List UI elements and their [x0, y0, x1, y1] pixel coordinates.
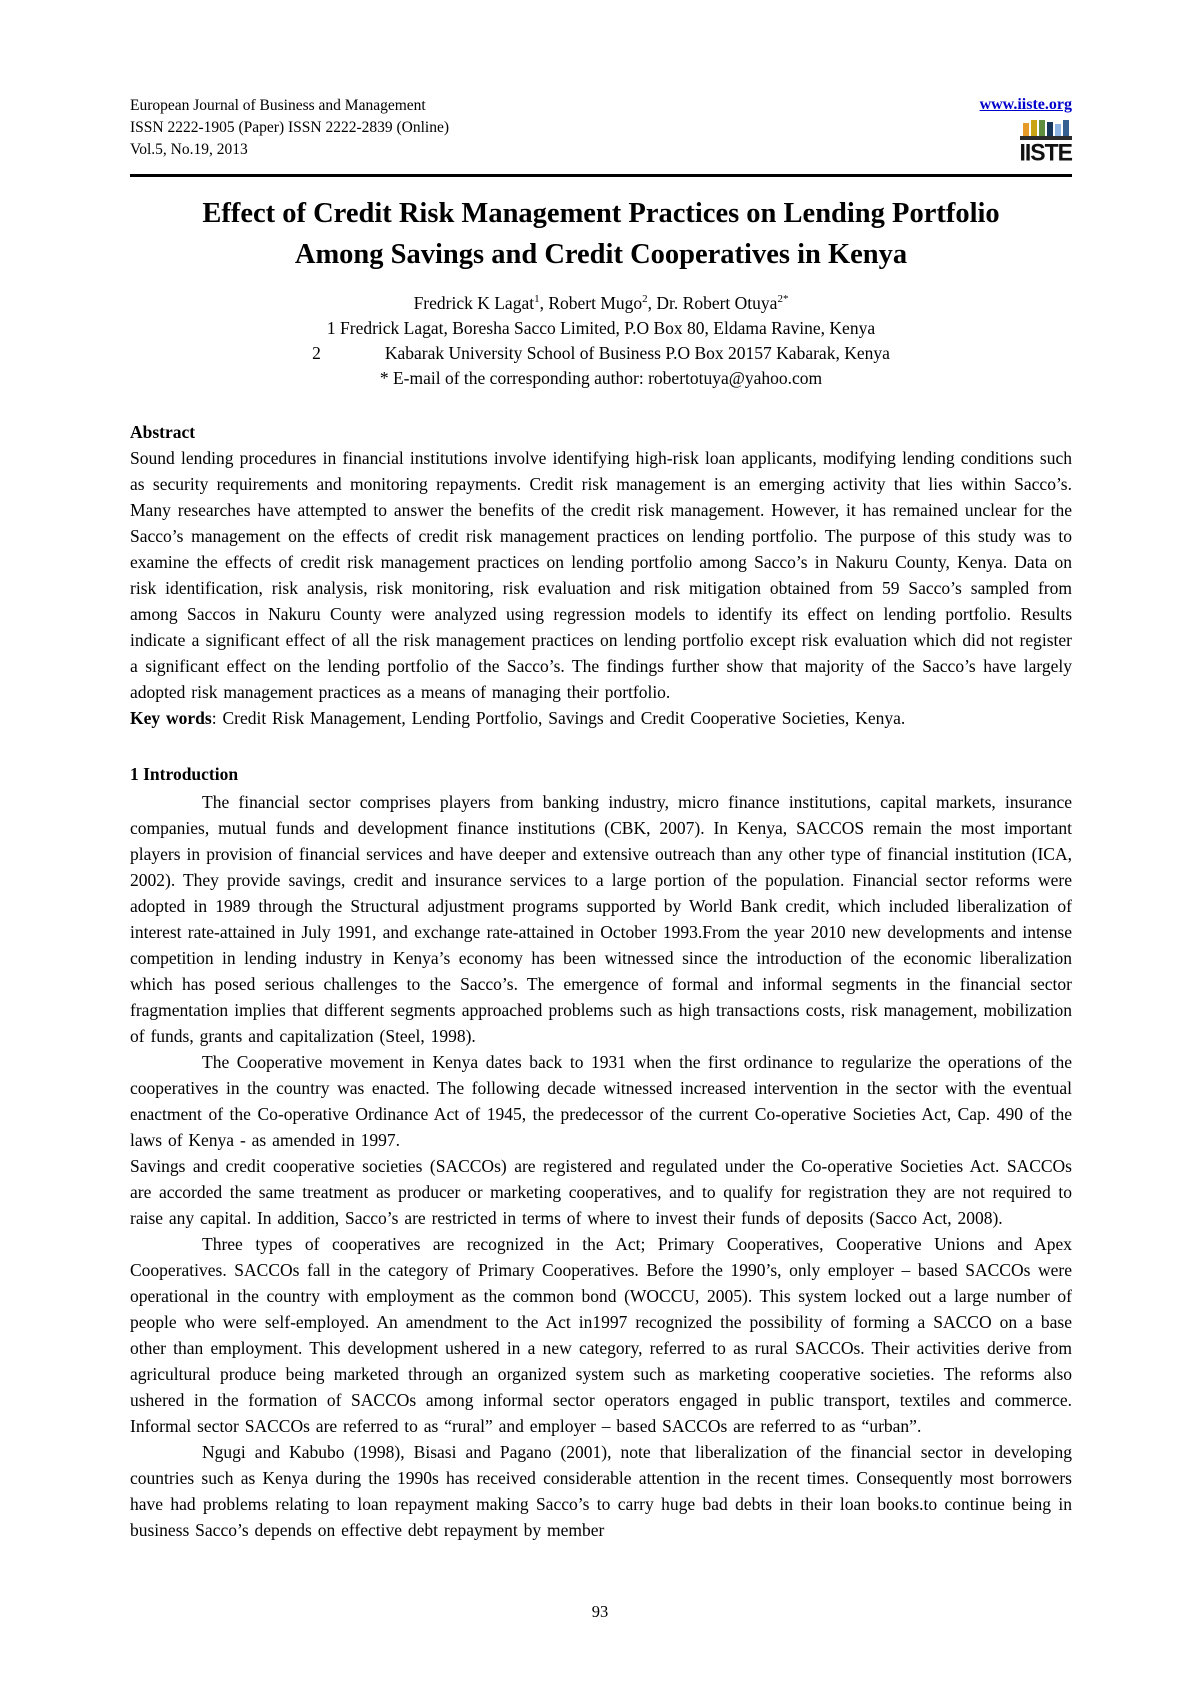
introduction-paragraph-1: The financial sector comprises players f… — [130, 789, 1072, 1049]
introduction-paragraph-4: Three types of cooperatives are recogniz… — [130, 1231, 1072, 1439]
keywords-text: : Credit Risk Management, Lending Portfo… — [212, 708, 906, 728]
corresponding-email: * E-mail of the corresponding author: ro… — [130, 366, 1072, 391]
iiste-logo: IISTE — [1019, 120, 1072, 164]
journal-name: European Journal of Business and Managem… — [130, 95, 449, 117]
author-line: Fredrick K Lagat1, Robert Mugo2, Dr. Rob… — [130, 287, 1072, 316]
introduction-paragraph-2: The Cooperative movement in Kenya dates … — [130, 1049, 1072, 1153]
abstract-text: Sound lending procedures in financial in… — [130, 445, 1072, 705]
page-number: 93 — [0, 1602, 1200, 1622]
paper-title: Effect of Credit Risk Management Practic… — [130, 193, 1072, 275]
keywords-label: Key words — [130, 708, 212, 728]
paper-title-line2: Among Savings and Credit Cooperatives in… — [130, 234, 1072, 275]
journal-header: European Journal of Business and Managem… — [130, 95, 1072, 164]
affiliation-2-text: Kabarak University School of Business P.… — [385, 343, 890, 363]
author-3: Dr. Robert Otuya — [656, 293, 777, 313]
introduction-paragraph-5: Ngugi and Kabubo (1998), Bisasi and Paga… — [130, 1439, 1072, 1543]
affiliation-2-number: 2 — [312, 343, 321, 363]
affiliation-2: 2Kabarak University School of Business P… — [130, 341, 1072, 366]
journal-issn: ISSN 2222-1905 (Paper) ISSN 2222-2839 (O… — [130, 117, 449, 139]
paper-page: European Journal of Business and Managem… — [0, 0, 1200, 1698]
journal-branding: www.iiste.org IISTE — [980, 95, 1072, 164]
author-1: Fredrick K Lagat — [414, 293, 535, 313]
iiste-logo-text: IISTE — [1019, 139, 1072, 164]
introduction-paragraph-3: Savings and credit cooperative societies… — [130, 1153, 1072, 1231]
introduction-heading: 1 Introduction — [130, 761, 1072, 787]
abstract-heading: Abstract — [130, 419, 1072, 445]
keywords-line: Key words: Credit Risk Management, Lendi… — [130, 705, 1072, 731]
author-2: Robert Mugo — [548, 293, 642, 313]
paper-title-line1: Effect of Credit Risk Management Practic… — [130, 193, 1072, 234]
author-3-sup: 2* — [777, 293, 788, 305]
affiliation-1: 1 Fredrick Lagat, Boresha Sacco Limited,… — [130, 316, 1072, 341]
journal-volume: Vol.5, No.19, 2013 — [130, 139, 449, 161]
iiste-logo-bars-icon — [1020, 120, 1072, 140]
journal-info: European Journal of Business and Managem… — [130, 95, 449, 161]
iiste-website-link[interactable]: www.iiste.org — [980, 95, 1072, 115]
header-divider — [130, 174, 1072, 177]
